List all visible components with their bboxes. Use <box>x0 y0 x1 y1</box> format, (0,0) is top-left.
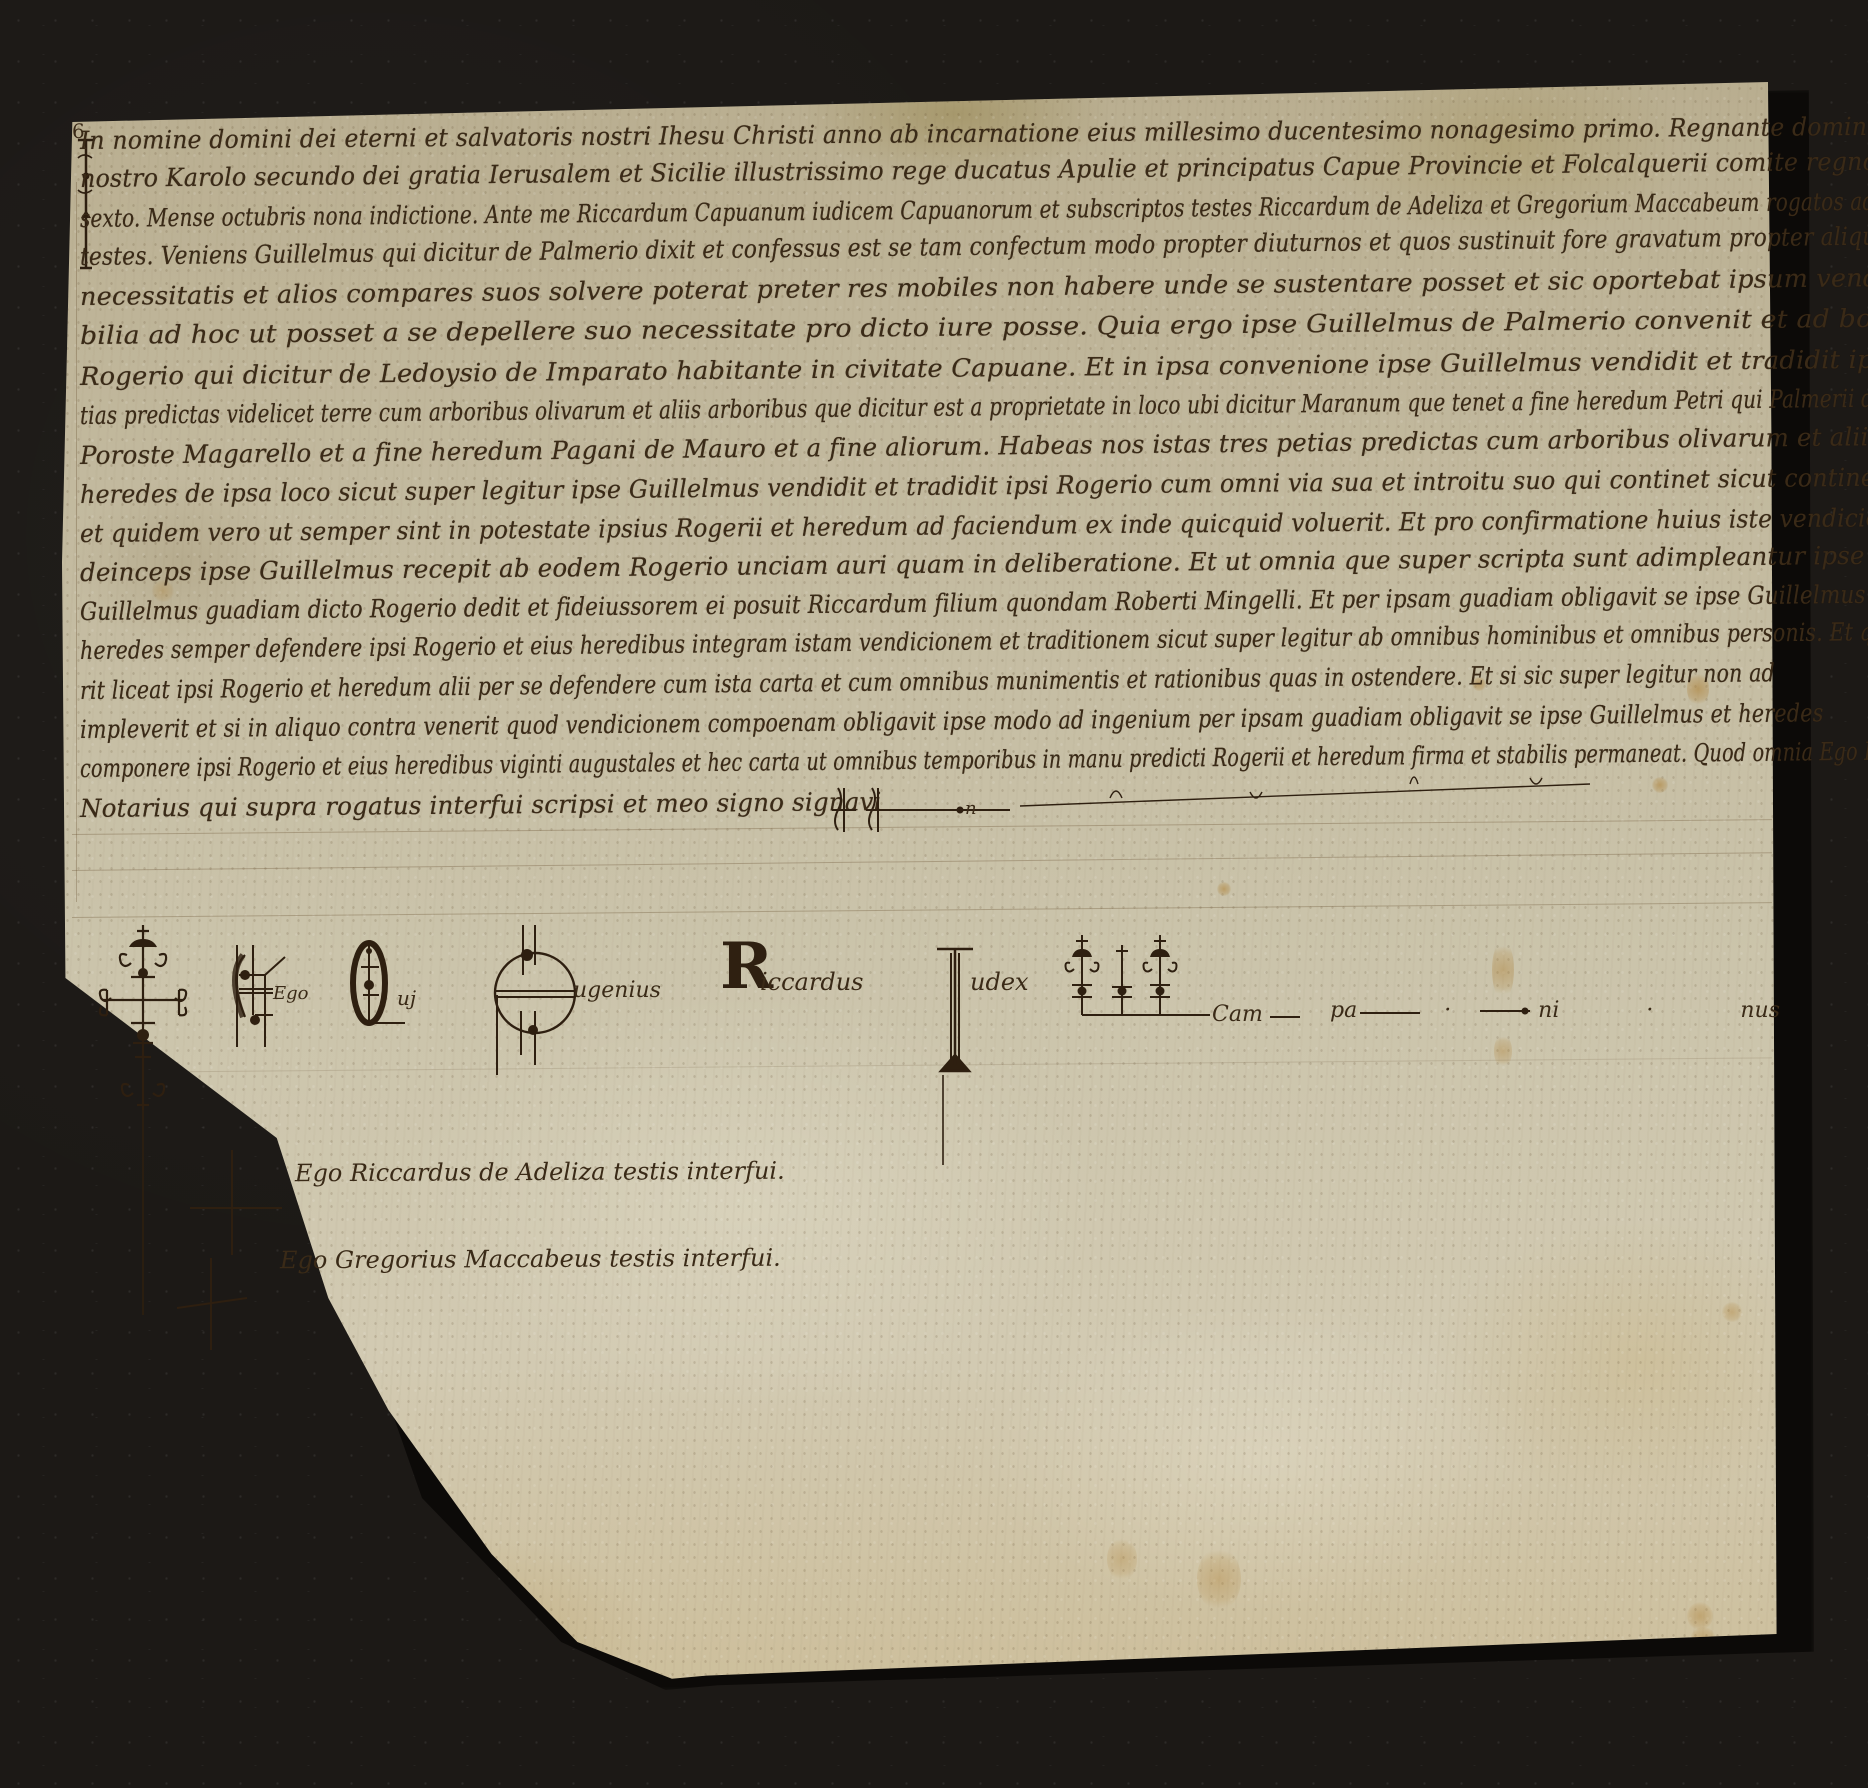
ego-monogram-icon: Ego <box>215 935 325 1055</box>
sig-name-riccardus: iccardus <box>760 968 863 996</box>
q-monogram-icon: uj <box>345 935 465 1045</box>
cross-signum-icon <box>93 925 193 1115</box>
sig-name-judex: udex <box>970 968 1029 996</box>
stain <box>1687 1602 1713 1630</box>
sig-name-cam: Cam <box>1212 1002 1263 1027</box>
witness-subscription: Ego Gregorius Maccabeus testis interfui. <box>280 1244 781 1275</box>
e-monogram-icon: ugenius <box>485 925 725 1075</box>
sig-name-paninus: pa · ni · nus <box>1330 998 1780 1023</box>
sig-label: uj <box>397 986 416 1010</box>
stain <box>1107 1537 1137 1581</box>
witness-cross-icon <box>190 1150 290 1260</box>
sig-label: Ego <box>272 983 309 1004</box>
witness-cross-icon <box>175 1258 255 1353</box>
ruling-line <box>72 902 1772 918</box>
stain <box>1197 1547 1241 1611</box>
svg-text:n: n <box>965 798 977 819</box>
initial-I-judex <box>935 945 975 1165</box>
sig-label: ugenius <box>573 978 661 1003</box>
notary-signum: n <box>830 780 1730 840</box>
stain <box>1494 1034 1512 1068</box>
stain <box>1217 882 1231 896</box>
margin-rule <box>76 182 77 902</box>
ruling-line <box>92 1057 1772 1073</box>
stain <box>1722 1302 1742 1322</box>
ruling-line <box>72 852 1772 871</box>
witness-subscription: Ego Riccardus de Adeliza testis interfui… <box>295 1157 785 1188</box>
